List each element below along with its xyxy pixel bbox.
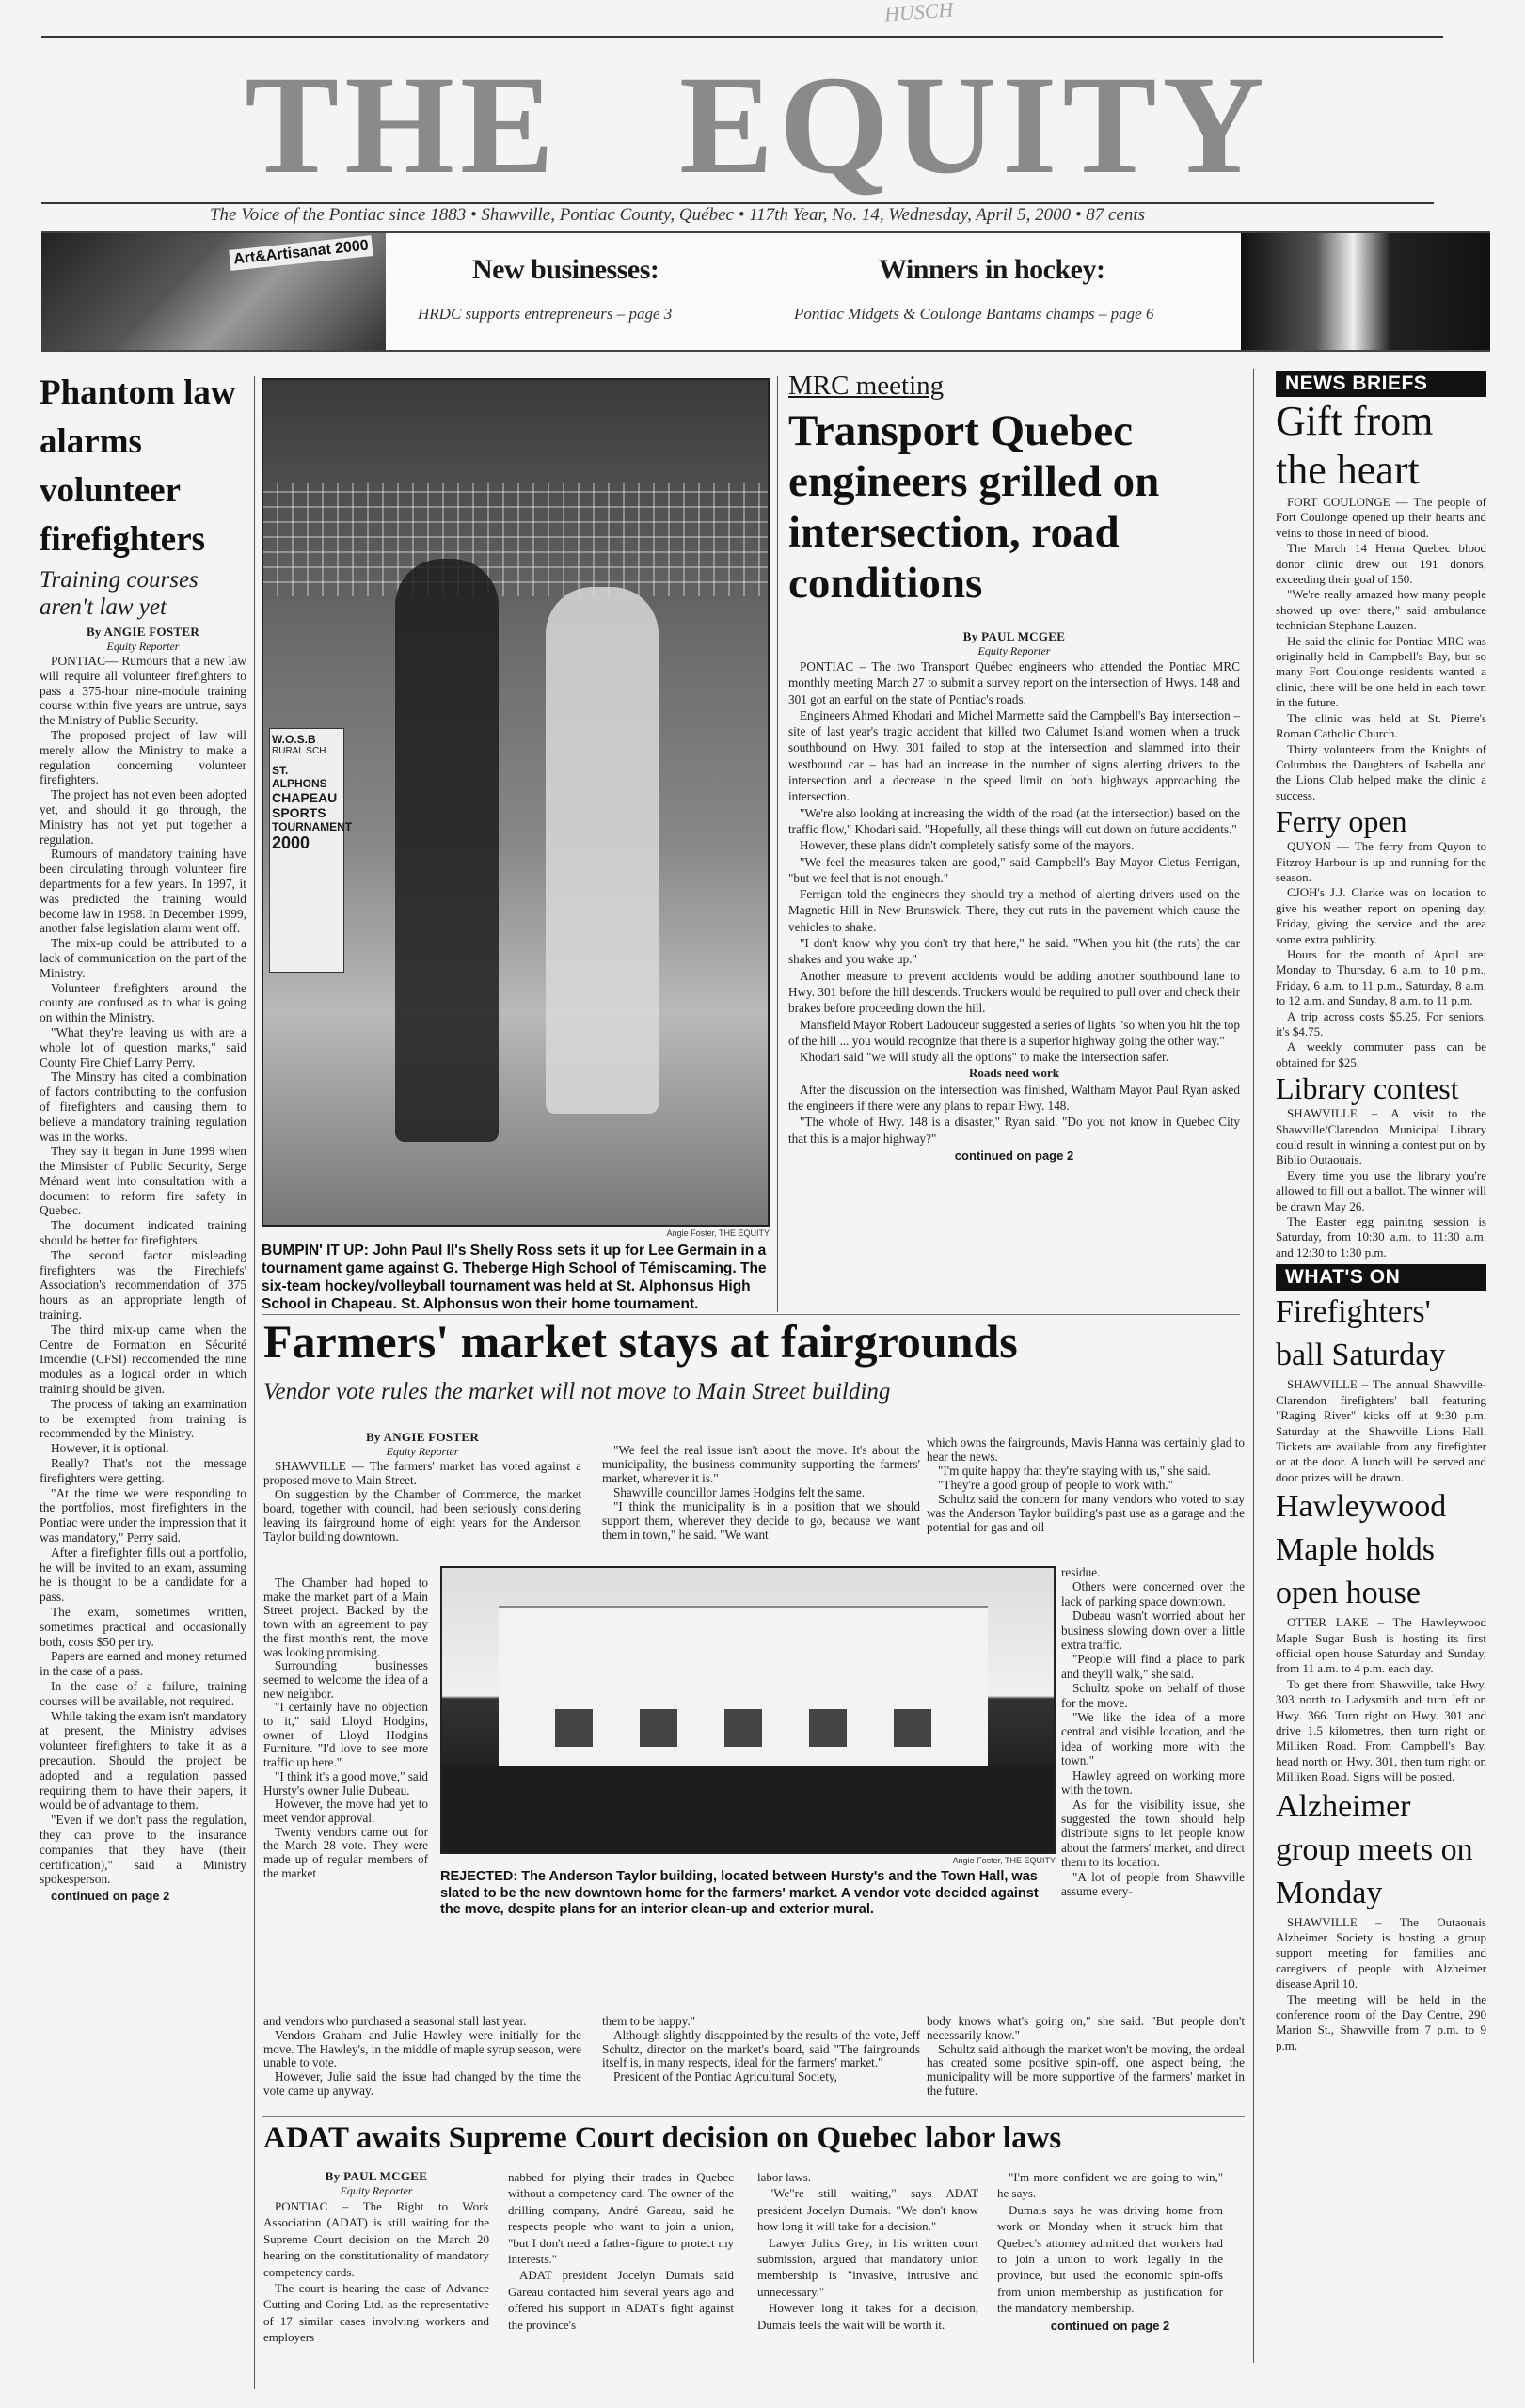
paragraph: Mansfield Mayor Robert Ladouceur suggest… xyxy=(788,1017,1240,1050)
paragraph: Vendors Graham and Julie Hawley were ini… xyxy=(263,2029,581,2070)
volleyball-photo: W.O.S.B RURAL SCH ST. ALPHONS CHAPEAU SP… xyxy=(262,378,770,1227)
event-headline[interactable]: Hawleywood Maple holds open house xyxy=(1276,1485,1486,1615)
paragraph: Hours for the month of April are: Monday… xyxy=(1276,947,1486,1009)
column-divider xyxy=(1253,369,1254,2363)
paragraph: However long it takes for a decision, Du… xyxy=(757,2300,978,2333)
paragraph: body knows what's going on," she said. "… xyxy=(927,2015,1245,2043)
mrc-article: MRC meeting Transport Quebec engineers g… xyxy=(788,370,1240,1163)
paragraph: Although slightly disappointed by the re… xyxy=(602,2029,920,2070)
firefighters-article: Phantom law alarms volunteer firefighter… xyxy=(40,369,246,1903)
paragraph: Others were concerned over the lack of p… xyxy=(1061,1579,1245,1608)
paragraph: Twenty vendors came out for the March 28… xyxy=(263,1826,428,1881)
farmers-col2-top: "We feel the real issue isn't about the … xyxy=(602,1443,920,1542)
farmers-col3-narrow: residue. Others were concerned over the … xyxy=(1061,1565,1245,1898)
event-headline[interactable]: Firefighters' ball Saturday xyxy=(1276,1291,1486,1377)
teaser-photo-business: Art&Artisanat 2000 xyxy=(41,233,386,350)
paragraph: "I'm quite happy that they're staying wi… xyxy=(927,1464,1245,1478)
teaser-headline-hockey[interactable]: Winners in hockey: xyxy=(879,254,1104,286)
paragraph: The third mix-up came when the Centre de… xyxy=(40,1323,246,1397)
paragraph: Really? That's not the message firefight… xyxy=(40,1456,246,1486)
paragraph: "What they're leaving us with are a whol… xyxy=(40,1025,246,1069)
paragraph: On suggestion by the Chamber of Commerce… xyxy=(263,1487,581,1544)
adat-col2: nabbed for plying their trades in Quebec… xyxy=(508,2169,734,2333)
paragraph: They say it began in June 1999 when the … xyxy=(40,1144,246,1218)
paragraph: residue. xyxy=(1061,1565,1245,1579)
paragraph: "We're really amazed how many people sho… xyxy=(1276,587,1486,633)
building-windows xyxy=(555,1709,950,1747)
paragraph: Engineers Ahmed Khodari and Michel Marme… xyxy=(788,707,1240,805)
banner-line: CHAPEAU xyxy=(272,790,342,805)
paragraph: Dumais says he was driving home from wor… xyxy=(997,2202,1223,2317)
paragraph: The mix-up could be attributed to a lack… xyxy=(40,936,246,980)
banner-line: TOURNAMENT xyxy=(272,820,342,833)
mrc-body: PONTIAC – The two Transport Québec engin… xyxy=(788,658,1240,1147)
brief-headline[interactable]: Gift from the heart xyxy=(1276,397,1486,495)
paragraph: SHAWVILLE – The annual Shawville-Clarend… xyxy=(1276,1377,1486,1485)
brief-body: FORT COULONGE — The people of Fort Coulo… xyxy=(1276,495,1486,803)
firefighters-headline[interactable]: Phantom law alarms volunteer firefighter… xyxy=(40,369,246,564)
mrc-subhead: Roads need work xyxy=(788,1065,1240,1081)
farmers-col3-bottom: body knows what's going on," she said. "… xyxy=(927,2015,1245,2099)
paragraph: QUYON — The ferry from Quyon to Fitzroy … xyxy=(1276,839,1486,885)
adat-col1: By PAUL MCGEE Equity Reporter PONTIAC – … xyxy=(263,2169,489,2346)
paragraph: Every time you use the library you're al… xyxy=(1276,1168,1486,1214)
paragraph: To get there from Shawville, take Hwy. 3… xyxy=(1276,1677,1486,1785)
adat-byline: By PAUL MCGEE xyxy=(263,2169,489,2184)
paragraph: Schultz said although the market won't b… xyxy=(927,2043,1245,2099)
volleyball-net xyxy=(263,483,768,596)
player-silhouette xyxy=(395,559,499,1142)
adat-body: "I'm more confident we are going to win,… xyxy=(997,2169,1223,2317)
paragraph: Surrounding businesses seemed to welcome… xyxy=(263,1659,428,1701)
paragraph: Rumours of mandatory training have been … xyxy=(40,847,246,936)
paragraph: Schultz spoke on behalf of those for the… xyxy=(1061,1681,1245,1710)
paragraph: "They're a good group of people to work … xyxy=(927,1478,1245,1492)
column-divider xyxy=(254,376,255,2389)
paragraph: However, these plans didn't completely s… xyxy=(788,837,1240,853)
paragraph: PONTIAC – The Right to Work Association … xyxy=(263,2198,489,2280)
paragraph: which owns the fairgrounds, Mavis Hanna … xyxy=(927,1435,1245,1464)
paragraph: While taking the exam isn't mandatory at… xyxy=(40,1709,246,1814)
paragraph: "We feel the measures taken are good," s… xyxy=(788,854,1240,887)
event-body: SHAWVILLE – The Outaouais Alzheimer Soci… xyxy=(1276,1915,1486,2054)
firefighters-byline: By ANGIE FOSTER xyxy=(40,625,246,640)
paragraph: He said the clinic for Pontiac MRC was o… xyxy=(1276,634,1486,711)
paragraph: Dubeau wasn't worried about her business… xyxy=(1061,1608,1245,1652)
paragraph: nabbed for plying their trades in Quebec… xyxy=(508,2169,734,2267)
paragraph: "I'm more confident we are going to win,… xyxy=(997,2169,1223,2202)
paragraph: FORT COULONGE — The people of Fort Coulo… xyxy=(1276,495,1486,541)
paragraph: The second factor misleading firefighter… xyxy=(40,1248,246,1323)
paragraph: However, the move had yet to meet vendor… xyxy=(263,1798,428,1825)
paragraph: After a firefighter fills out a portfoli… xyxy=(40,1545,246,1605)
paragraph: CJOH's J.J. Clarke was on location to gi… xyxy=(1276,885,1486,947)
teaser-photo-hockey xyxy=(1241,233,1490,350)
masthead-equity: EQUITY xyxy=(679,47,1270,203)
paragraph: The project has not even been adopted ye… xyxy=(40,787,246,847)
handwritten-note: HUSCH xyxy=(883,0,954,27)
farmers-col1-narrow: The Chamber had hoped to make the market… xyxy=(263,1576,428,1880)
paragraph: "Even if we don't pass the regulation, t… xyxy=(40,1813,246,1887)
mrc-headline[interactable]: Transport Quebec engineers grilled on in… xyxy=(788,405,1240,609)
paragraph: The proposed project of law will merely … xyxy=(40,728,246,787)
paragraph: "People will find a place to park and th… xyxy=(1061,1652,1245,1681)
paragraph: "I think the municipality is in a positi… xyxy=(602,1499,920,1542)
paragraph: However, Julie said the issue had change… xyxy=(263,2070,581,2099)
paragraph: The process of taking an examination to … xyxy=(40,1397,246,1441)
farmers-body: SHAWVILLE — The farmers' market has vote… xyxy=(263,1459,581,1544)
firefighters-role: Equity Reporter xyxy=(40,640,246,654)
volleyball-caption: BUMPIN' IT UP: John Paul II's Shelly Ros… xyxy=(262,1242,770,1313)
paragraph: In the case of a failure, training cours… xyxy=(40,1679,246,1709)
volleyball-photo-credit: Angie Foster, THE EQUITY xyxy=(262,1228,770,1238)
paragraph: "I certainly have no objection to it," s… xyxy=(263,1701,428,1770)
paragraph: them to be happy." xyxy=(602,2015,920,2029)
paragraph: Hawley agreed on working more with the t… xyxy=(1061,1768,1245,1798)
mrc-role: Equity Reporter xyxy=(788,644,1240,658)
paragraph: "The whole of Hwy. 148 is a disaster," R… xyxy=(788,1114,1240,1147)
paragraph: The document indicated training should b… xyxy=(40,1218,246,1248)
paragraph: The March 14 Hema Quebec blood donor cli… xyxy=(1276,541,1486,587)
adat-role: Equity Reporter xyxy=(263,2184,489,2198)
paragraph: Shawville councillor James Hodgins felt … xyxy=(602,1485,920,1499)
paragraph: and vendors who purchased a seasonal sta… xyxy=(263,2015,581,2029)
paragraph: PONTIAC— Rumours that a new law will req… xyxy=(40,654,246,728)
paragraph: However, it is optional. xyxy=(40,1441,246,1456)
teaser-sub-business[interactable]: HRDC supports entrepreneurs – page 3 xyxy=(418,305,672,324)
paragraph: President of the Pontiac Agricultural So… xyxy=(602,2070,920,2084)
player-silhouette xyxy=(546,587,659,1114)
brief-headline[interactable]: Ferry open xyxy=(1276,803,1486,839)
paragraph: The Minstry has cited a combination of f… xyxy=(40,1069,246,1144)
paragraph: SHAWVILLE — The farmers' market has vote… xyxy=(263,1459,581,1487)
paragraph: The clinic was held at St. Pierre's Roma… xyxy=(1276,711,1486,742)
paragraph: The meeting will be held in the conferen… xyxy=(1276,1992,1486,2054)
paragraph: The exam, sometimes written, sometimes p… xyxy=(40,1605,246,1649)
paragraph: As for the visibility issue, she suggest… xyxy=(1061,1798,1245,1870)
brief-headline[interactable]: Library contest xyxy=(1276,1070,1486,1106)
paragraph: "We like the idea of a more central and … xyxy=(1061,1710,1245,1768)
mrc-continued-link[interactable]: continued on page 2 xyxy=(788,1149,1240,1163)
paragraph: SHAWVILLE – The Outaouais Alzheimer Soci… xyxy=(1276,1915,1486,1992)
event-body: SHAWVILLE – The annual Shawville-Clarend… xyxy=(1276,1377,1486,1485)
farmers-col1: By ANGIE FOSTER Equity Reporter SHAWVILL… xyxy=(263,1430,581,1544)
banner-line: 2000 xyxy=(272,833,342,853)
masthead-top-rule xyxy=(41,36,1443,38)
paragraph: SHAWVILLE – A visit to the Shawville/Cla… xyxy=(1276,1106,1486,1168)
paragraph: "At the time we were responding to the p… xyxy=(40,1486,246,1545)
adat-col4: "I'm more confident we are going to win,… xyxy=(997,2169,1223,2333)
adat-col3: labor laws. "We"re still waiting," says … xyxy=(757,2169,978,2333)
paragraph: The Easter egg painitng session is Satur… xyxy=(1276,1214,1486,1260)
news-briefs-rail: NEWS BRIEFS Gift from the heart FORT COU… xyxy=(1276,371,1486,2053)
farmers-col1-bottom: and vendors who purchased a seasonal sta… xyxy=(263,2015,581,2099)
event-headline[interactable]: Alzheimer group meets on Monday xyxy=(1276,1785,1486,1915)
paragraph: The Chamber had hoped to make the market… xyxy=(263,1576,428,1659)
banner-line: ST. ALPHONS xyxy=(272,764,342,790)
paragraph: "A lot of people from Shawville assume e… xyxy=(1061,1870,1245,1899)
paragraph: The court is hearing the case of Advance… xyxy=(263,2280,489,2346)
building-lower xyxy=(442,1766,1054,1854)
farmers-caption: REJECTED: The Anderson Taylor building, … xyxy=(440,1869,1054,1919)
paragraph: Ferrigan told the engineers they should … xyxy=(788,886,1240,935)
masthead-tagline: The Voice of the Pontiac since 1883 • Sh… xyxy=(0,205,1355,226)
brief-body: QUYON — The ferry from Quyon to Fitzroy … xyxy=(1276,839,1486,1070)
farmers-deck: Vendor vote rules the market will not mo… xyxy=(263,1379,1251,1405)
column-divider xyxy=(777,376,778,1312)
paragraph: A trip across costs $5.25. For seniors, … xyxy=(1276,1009,1486,1040)
paragraph: A weekly commuter pass can be obtained f… xyxy=(1276,1039,1486,1070)
paragraph: After the discussion on the intersection… xyxy=(788,1082,1240,1115)
paragraph: ADAT president Jocelyn Dumais said Garea… xyxy=(508,2267,734,2333)
adat-body: PONTIAC – The Right to Work Association … xyxy=(263,2198,489,2346)
banner-line: W.O.S.B xyxy=(272,733,342,746)
news-briefs-label: NEWS BRIEFS xyxy=(1276,371,1486,397)
paragraph: Another measure to prevent accidents wou… xyxy=(788,968,1240,1017)
paragraph: Papers are earned and money returned in … xyxy=(40,1649,246,1679)
farmers-photo-credit: Angie Foster, THE EQUITY xyxy=(440,1856,1056,1865)
farmers-col3-top: which owns the fairgrounds, Mavis Hanna … xyxy=(927,1435,1245,1534)
farmers-role: Equity Reporter xyxy=(263,1445,581,1459)
mrc-kicker: MRC meeting xyxy=(788,370,1240,402)
event-body: OTTER LAKE – The Hawleywood Maple Sugar … xyxy=(1276,1615,1486,1784)
farmers-col2-bottom: them to be happy." Although slightly dis… xyxy=(602,2015,920,2084)
banner-line: SPORTS xyxy=(272,805,342,820)
farmers-byline: By ANGIE FOSTER xyxy=(263,1430,581,1445)
paragraph: Volunteer firefighters around the county… xyxy=(40,981,246,1025)
paragraph: OTTER LAKE – The Hawleywood Maple Sugar … xyxy=(1276,1615,1486,1677)
adat-headline[interactable]: ADAT awaits Supreme Court decision on Qu… xyxy=(263,2119,1251,2157)
paragraph: labor laws. xyxy=(757,2169,978,2185)
paragraph: "I think it's a good move," said Hursty'… xyxy=(263,1770,428,1798)
section-rule xyxy=(262,2116,1245,2117)
paragraph: PONTIAC – The two Transport Québec engin… xyxy=(788,658,1240,707)
farmers-headline[interactable]: Farmers' market stays at fairgrounds xyxy=(263,1315,1251,1368)
teaser-headline-business[interactable]: New businesses: xyxy=(472,254,659,286)
tournament-banner: W.O.S.B RURAL SCH ST. ALPHONS CHAPEAU SP… xyxy=(269,728,344,973)
whats-on-label: WHAT'S ON xyxy=(1276,1264,1486,1291)
paragraph: "I don't know why you don't try that her… xyxy=(788,935,1240,968)
anderson-taylor-building-photo xyxy=(440,1566,1056,1854)
teaser-sub-hockey[interactable]: Pontiac Midgets & Coulonge Bantams champ… xyxy=(794,305,1153,324)
paragraph: "We're also looking at increasing the wi… xyxy=(788,805,1240,838)
paragraph: Thirty volunteers from the Knights of Co… xyxy=(1276,742,1486,804)
paragraph: "We"re still waiting," says ADAT preside… xyxy=(757,2185,978,2234)
masthead-title: THE EQUITY xyxy=(66,45,1449,205)
brief-body: SHAWVILLE – A visit to the Shawville/Cla… xyxy=(1276,1106,1486,1260)
mrc-byline: By PAUL MCGEE xyxy=(788,629,1240,644)
firefighters-continued-link[interactable]: continued on page 2 xyxy=(40,1889,246,1903)
firefighters-body: PONTIAC— Rumours that a new law will req… xyxy=(40,654,246,1887)
photo-sign-text: Art&Artisanat 2000 xyxy=(229,235,373,271)
firefighters-deck: Training courses aren't law yet xyxy=(40,566,246,621)
masthead-bottom-rule xyxy=(41,202,1434,204)
paragraph: Lawyer Julius Grey, in his written court… xyxy=(757,2235,978,2301)
paragraph: Khodari said "we will study all the opti… xyxy=(788,1049,1240,1065)
adat-continued-link[interactable]: continued on page 2 xyxy=(997,2319,1223,2333)
teaser-strip: Art&Artisanat 2000 New businesses: HRDC … xyxy=(41,231,1490,352)
banner-line: RURAL SCH xyxy=(272,746,342,756)
masthead-the: THE xyxy=(245,47,560,203)
paragraph: "We feel the real issue isn't about the … xyxy=(602,1443,920,1485)
paragraph: Schultz said the concern for many vendor… xyxy=(927,1492,1245,1534)
